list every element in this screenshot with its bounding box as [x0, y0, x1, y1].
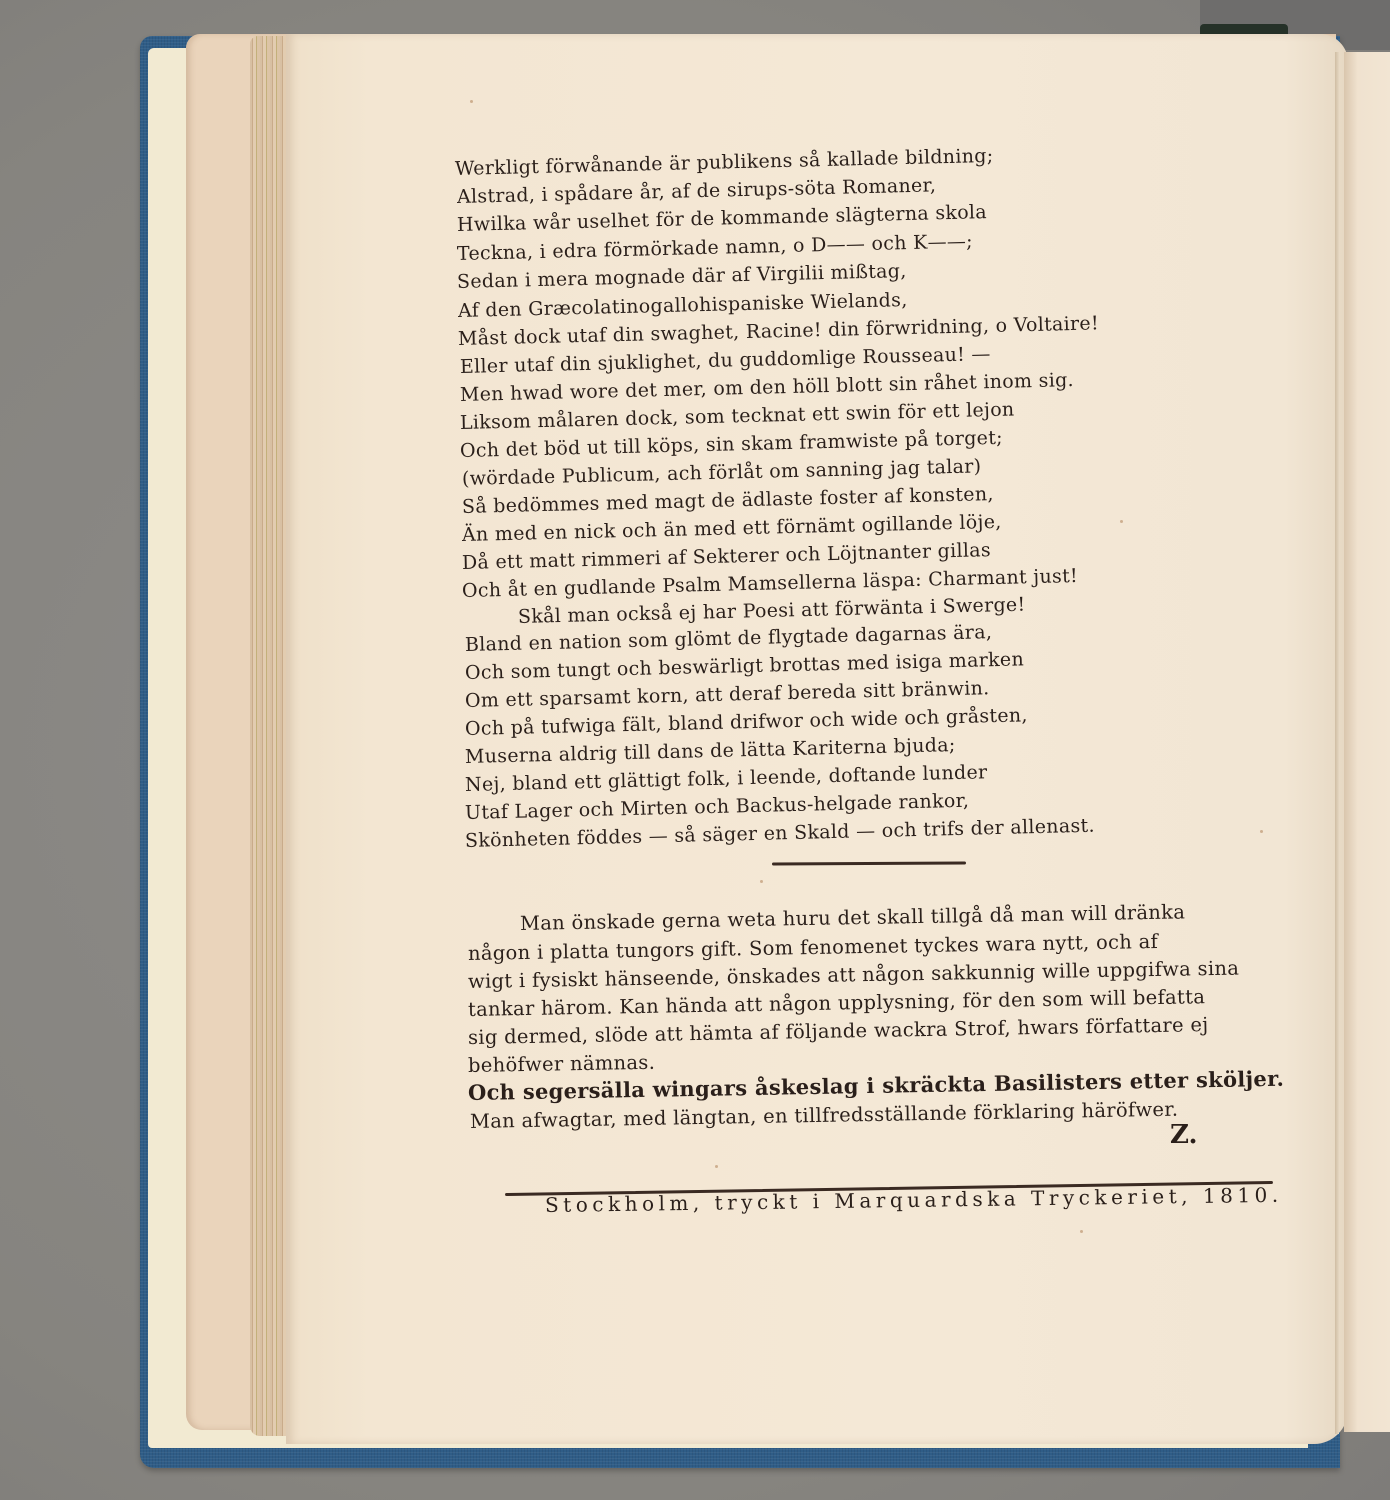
poem-line: Af den Græcolatinogallohispaniske Wielan… — [458, 289, 908, 322]
section-divider — [772, 861, 966, 865]
notice-line: behöfwer nämnas. — [468, 1051, 656, 1077]
printer-imprint: Stockholm, tryckt i Marquardska Tryckeri… — [545, 1183, 1283, 1217]
notice-line: Man önskade gerna weta huru det skall ti… — [520, 900, 1186, 935]
poem-line: Alstrad, i spådare år, af de sirups-söta… — [457, 174, 937, 208]
poem-line: Hwilka wår uselhet för de kommande slägt… — [457, 201, 987, 236]
paper-speck — [760, 880, 763, 883]
paper-speck — [1260, 830, 1263, 833]
paper-speck — [470, 100, 473, 103]
author-signature: Z. — [1170, 1120, 1198, 1150]
page-text: Werkligt förwånande är publikens så kall… — [0, 0, 1390, 1500]
paper-speck — [1120, 520, 1123, 523]
paper-speck — [1080, 1230, 1083, 1233]
poem-line: Sedan i mera mognade där af Virgilii miß… — [457, 260, 907, 293]
paper-speck — [715, 1165, 718, 1168]
